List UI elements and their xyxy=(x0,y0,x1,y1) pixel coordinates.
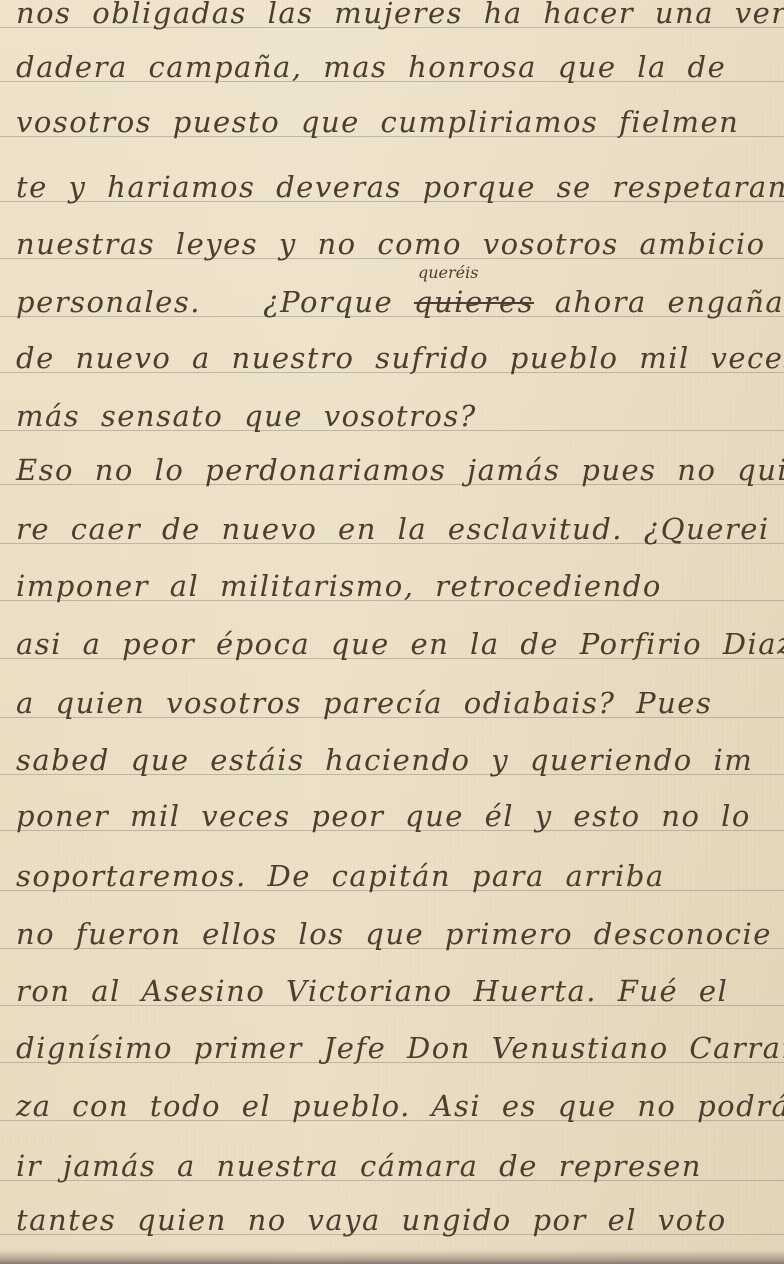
text-line: asi a peor época que en la de Porfirio D… xyxy=(16,627,784,661)
text-line: no fueron ellos los que primero desconoc… xyxy=(16,917,784,951)
text-line: ir jamás a nuestra cámara de represen xyxy=(16,1149,784,1183)
text-line: dignísimo primer Jefe Don Venustiano Car… xyxy=(16,1031,784,1065)
text-line-corrected: personales. ¿Porque quieres ahora engaña xyxy=(16,285,784,319)
text-line: de nuevo a nuestro sufrido pueblo mil ve… xyxy=(16,341,784,375)
text-fragment: ahora engaña xyxy=(534,285,784,319)
manuscript-page: nos obligadas las mujeres ha hacer una v… xyxy=(0,0,784,1264)
text-line: nos obligadas las mujeres ha hacer una v… xyxy=(16,0,784,30)
text-line: te y hariamos deveras porque se respetar… xyxy=(16,170,784,204)
text-line: re caer de nuevo en la esclavitud. ¿Quer… xyxy=(16,512,784,546)
text-line: ron al Asesino Victoriano Huerta. Fué el xyxy=(16,974,784,1008)
struck-word: quieres xyxy=(414,285,534,319)
text-line: sabed que estáis haciendo y queriendo im xyxy=(16,743,784,777)
text-line: más sensato que vosotros? xyxy=(16,399,784,433)
text-line: a quien vosotros parecía odiabais? Pues xyxy=(16,686,784,720)
page-edge-shadow xyxy=(0,1250,784,1264)
text-line: soportaremos. De capitán para arriba xyxy=(16,859,784,893)
text-line: vosotros puesto que cumpliriamos fielmen xyxy=(16,105,784,139)
text-line: Eso no lo perdonariamos jamás pues no qu… xyxy=(16,453,784,487)
text-line: dadera campaña, mas honrosa que la de xyxy=(16,50,784,84)
text-line: tantes quien no vaya ungido por el voto xyxy=(16,1203,784,1237)
text-line: imponer al militarismo, retrocediendo xyxy=(16,569,784,603)
text-line: nuestras leyes y no como vosotros ambici… xyxy=(16,227,784,261)
text-line: za con todo el pueblo. Asi es que no pod… xyxy=(16,1089,784,1123)
inserted-correction: queréis xyxy=(418,263,478,282)
text-line: poner mil veces peor que él y esto no lo xyxy=(16,799,784,833)
text-fragment: personales. ¿Porque xyxy=(16,285,414,319)
